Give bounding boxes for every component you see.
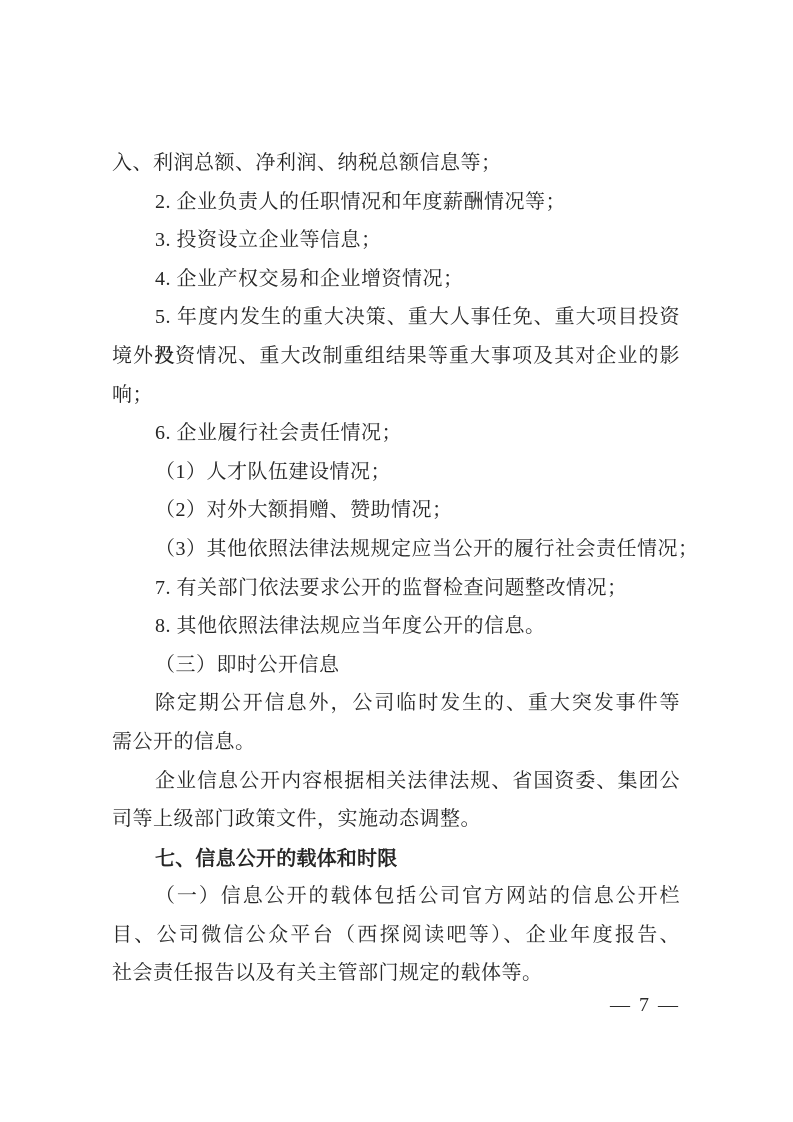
body-text-line: 4. 企业产权交易和企业增资情况； [112,260,680,299]
document-body: 入、利润总额、净利润、纳税总额信息等； 2. 企业负责人的任职情况和年度薪酬情况… [112,144,680,993]
document-page: 入、利润总额、净利润、纳税总额信息等； 2. 企业负责人的任职情况和年度薪酬情况… [0,0,793,1122]
body-text-line: 入、利润总额、净利润、纳税总额信息等； [112,144,680,183]
body-text-line: 8. 其他依照法律法规应当年度公开的信息。 [112,607,680,646]
body-text-line: 除定期公开信息外，公司临时发生的、重大突发事件等 [112,684,680,723]
body-text-line: 境外投资情况、重大改制重组结果等重大事项及其对企业的影 [112,337,680,376]
body-text-line: （三）即时公开信息 [112,646,680,685]
body-text-line: 企业信息公开内容根据相关法律法规、省国资委、集团公 [112,762,680,801]
body-text-line: （一）信息公开的载体包括公司官方网站的信息公开栏 [112,877,680,916]
body-text-line: 2. 企业负责人的任职情况和年度薪酬情况等； [112,183,680,222]
body-text-line: 需公开的信息。 [112,723,680,762]
body-text-line: 5. 年度内发生的重大决策、重大人事任免、重大项目投资及 [112,298,680,337]
body-text-line: 6. 企业履行社会责任情况； [112,414,680,453]
section-heading: 七、信息公开的载体和时限 [112,839,680,878]
body-text-line: 司等上级部门政策文件，实施动态调整。 [112,800,680,839]
body-text-line: 3. 投资设立企业等信息； [112,221,680,260]
body-text-line: 社会责任报告以及有关主管部门规定的载体等。 [112,954,680,993]
body-text-line: 7. 有关部门依法要求公开的监督检查问题整改情况； [112,569,680,608]
body-text-line: （1）人才队伍建设情况； [112,453,680,492]
body-text-line: （3）其他依照法律法规规定应当公开的履行社会责任情况； [112,530,680,569]
body-text-line: 响； [112,376,680,415]
body-text-line: （2）对外大额捐赠、赞助情况； [112,491,680,530]
page-number: — 7 — [610,990,680,1020]
body-text-line: 目、公司微信公众平台（西探阅读吧等）、企业年度报告、 [112,916,680,955]
